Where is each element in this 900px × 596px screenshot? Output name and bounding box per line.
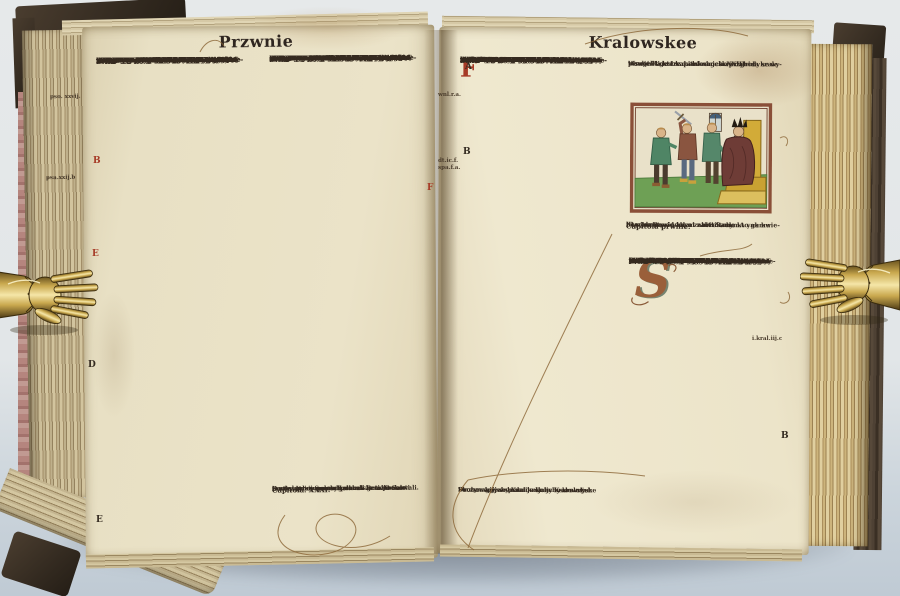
right-page-column-2-body: S S talo se kdyz vmrzel gest kralSaul: a… (627, 258, 801, 547)
margin-note: i.kral.iij.c (752, 336, 782, 342)
colophon-line: Druhee knyehy Kralowskee. Ksu o nijch (458, 487, 592, 495)
chapter-heading-left: Capitola. XXXI. (272, 485, 330, 494)
right-brass-clasp-hand (800, 246, 900, 328)
miniature-caption: Kterak Dawid kazal zabiti toho kto gemu … (626, 222, 802, 223)
margin-note: psa.xxij.b (46, 175, 75, 182)
left-page-column-1: y smy: kdyz zwiedieli se gsu zamordowa-p… (96, 56, 264, 557)
text-line: likym kryzkem plakali gsu az do wecziera (270, 55, 409, 63)
margin-note: dt.ic.f. (438, 158, 458, 164)
margin-note: spa.f.a. (438, 165, 460, 171)
text-line: pisugi. A gest kapitol w nich. XXIIJ. (628, 61, 746, 69)
right-page-column-1: F insstymsstij tehdaz boyowali gsuproti … (458, 57, 623, 485)
left-page-column-2: dny: gedine cztyrzy sta mladenczuow: kte… (270, 54, 437, 482)
margin-note: wnl.r.a. (438, 92, 461, 98)
margin-letter: B (93, 157, 101, 166)
margin-letter: E (96, 516, 103, 525)
margin-letter: D (88, 361, 96, 370)
text-line: piel ge Dawid y lid kteryz byl o naymia … (629, 258, 768, 266)
margin-letter: B (781, 432, 789, 441)
miniature-woodcut (630, 100, 773, 217)
running-title-left: Przwnie (188, 32, 324, 52)
margin-letter: A (465, 63, 472, 72)
left-brass-clasp-hand (0, 256, 100, 338)
chapter-heading-right: Capitola prwnie. (626, 222, 690, 231)
left-colophon: O vtiekani a mordu Izrahelskem. O smrti … (272, 484, 434, 485)
photo-scene: Przwnie Kralowskee y smy: kdyz zwiedieli… (0, 0, 900, 596)
margin-letter: F (427, 184, 433, 193)
running-title-right: Kralowskee (568, 34, 718, 53)
margin-letter: B (463, 148, 471, 157)
right-page-column-2-intro: wowani lidu Izrahelskeho: skrz dawida kr… (628, 61, 800, 86)
margin-note: pso. xxvij. (50, 94, 81, 101)
text-line: rez byli pobrali Amalechitsstij: y dwie … (460, 57, 598, 65)
text-line: odbral gest gim dawid wsseczky wieczy kt… (96, 57, 243, 65)
